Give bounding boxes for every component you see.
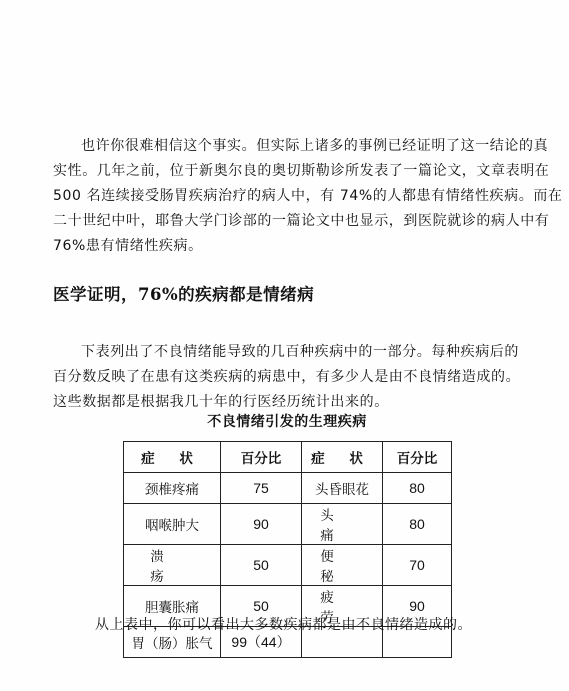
symptom-cell: 咽喉肿大	[124, 504, 221, 545]
percent-cell: 80	[383, 504, 452, 545]
percent-cell: 75	[221, 473, 302, 504]
paragraph-line: 下表列出了不良情绪能导致的几百种疾病中的一部分。每种疾病后的	[53, 340, 531, 365]
symptom-cell: 便 秘	[302, 545, 383, 586]
percent-cell: 70	[383, 545, 452, 586]
section-heading: 医学证明，76%的疾病都是情绪病	[53, 281, 314, 305]
paragraph-line: 实性。几年之前，位于新奥尔良的奥切斯勒诊所发表了一篇论文，文章表明在	[53, 159, 531, 184]
header-percent: 百分比	[383, 442, 452, 473]
percent-cell: 80	[383, 473, 452, 504]
percent-cell: 90	[221, 504, 302, 545]
table-row: 溃 疡 50 便 秘 70	[124, 545, 452, 586]
paragraph-line: 也许你很难相信这个事实。但实际上诸多的事例已经证明了这一结论的真	[53, 134, 531, 159]
table-row: 颈椎疼痛 75 头昏眼花 80	[124, 473, 452, 504]
conclusion-paragraph: 从上表中，你可以看出大多数疾病都是由不良情绪造成的。	[95, 614, 472, 634]
header-symptom: 症 状	[124, 442, 221, 473]
header-percent: 百分比	[221, 442, 302, 473]
symptom-cell: 溃 疡	[124, 545, 221, 586]
paragraph-line: 500 名连续接受肠胃疾病治疗的病人中，有 74%的人都患有情绪性疾病。而在	[53, 184, 531, 209]
table-header-row: 症 状 百分比 症 状 百分比	[124, 442, 452, 473]
paragraph-line: 二十世纪中叶，耶鲁大学门诊部的一篇论文中也显示，到医院就诊的病人中有	[53, 209, 531, 234]
symptom-cell: 头昏眼花	[302, 473, 383, 504]
symptom-cell: 头 痛	[302, 504, 383, 545]
intro-paragraph: 也许你很难相信这个事实。但实际上诸多的事例已经证明了这一结论的真 实性。几年之前…	[53, 134, 531, 259]
table-intro-paragraph: 下表列出了不良情绪能导致的几百种疾病中的一部分。每种疾病后的 百分数反映了在患有…	[53, 340, 531, 415]
paragraph-line: 百分数反映了在患有这类疾病的病患中，有多少人是由不良情绪造成的。	[53, 365, 531, 390]
percent-cell: 50	[221, 545, 302, 586]
paragraph-line: 76%患有情绪性疾病。	[53, 234, 531, 259]
header-symptom: 症 状	[302, 442, 383, 473]
table-title: 不良情绪引发的生理疾病	[123, 411, 451, 431]
symptom-cell: 颈椎疼痛	[124, 473, 221, 504]
book-page: 也许你很难相信这个事实。但实际上诸多的事例已经证明了这一结论的真 实性。几年之前…	[0, 0, 569, 691]
table-row: 咽喉肿大 90 头 痛 80	[124, 504, 452, 545]
